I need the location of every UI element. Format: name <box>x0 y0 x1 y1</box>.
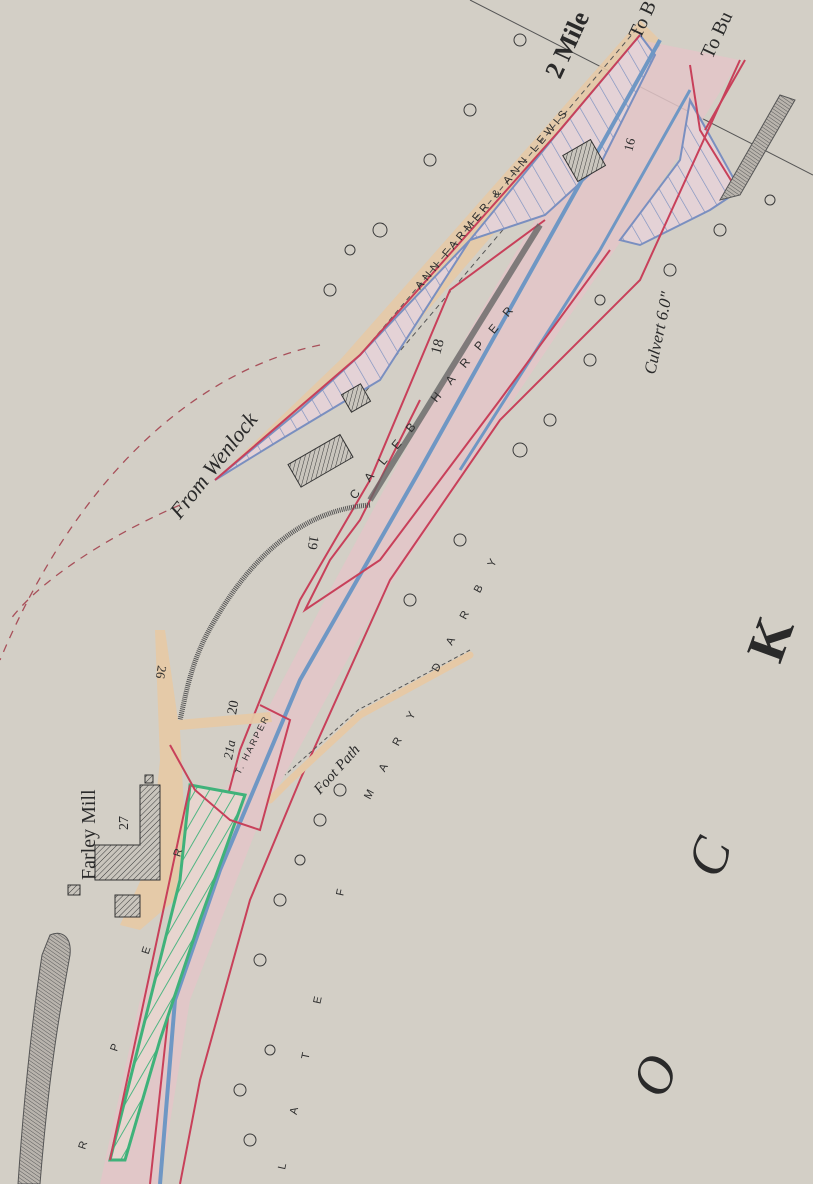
rock-letter-o: O <box>620 1047 690 1104</box>
mile-marker-label: 2 Mile <box>539 7 595 83</box>
to-bu-label: To Bu <box>697 8 738 62</box>
rock-letter-c: C <box>675 829 744 884</box>
dashed-boundary-1 <box>0 345 320 660</box>
dashed-boundary-2 <box>10 505 180 620</box>
farley-mill-label: Farley Mill <box>78 789 100 880</box>
building-caleb-harper <box>288 435 353 488</box>
owner-late-f: LATE F <box>276 839 358 1171</box>
parcel-19: 19 <box>304 534 321 550</box>
parcel-26: 26 <box>153 664 170 680</box>
map-canvas: 2 Mile To B To Bu From Wenlock Culvert 6… <box>0 0 813 1184</box>
farley-mill-building <box>95 785 160 880</box>
parcel-21a: 21a <box>220 738 238 760</box>
map-svg: 2 Mile To B To Bu From Wenlock Culvert 6… <box>0 0 813 1184</box>
rock-letter-k: K <box>735 609 806 669</box>
parcel-27: 27 <box>117 816 132 830</box>
from-wenlock-label: From Wenlock <box>164 406 263 523</box>
rock-outcrop <box>720 95 795 200</box>
parcel-20: 20 <box>225 699 242 715</box>
stone-outcrop <box>18 933 70 1184</box>
culvert-label: Culvert 6.0" <box>640 289 676 376</box>
parcel-18: 18 <box>428 337 447 356</box>
